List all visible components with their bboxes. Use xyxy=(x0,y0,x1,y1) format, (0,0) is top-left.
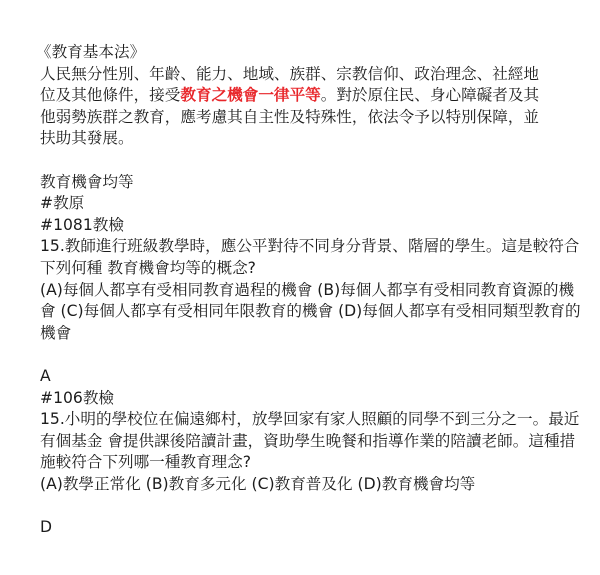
question-2-options: (A)教學正常化 (B)教育多元化 (C)教育普及化 (D)教育機會均等 xyxy=(40,474,580,496)
law-line-2: 位及其他條件，接受教育之機會一律平等。對於原住民、身心障礙者及其 xyxy=(40,85,580,107)
subject-tag: #教原 xyxy=(40,193,580,215)
question-1-options-line-2: 會 (C)每個人都享有受相同年限教育的機會 (D)每個人都享有受相同類型教育的 xyxy=(40,301,580,323)
question-1-line-1: 15.教師進行班級教學時，應公平對待不同身分背景、階層的學生。這是較符合 xyxy=(40,236,580,258)
question-2-line-2: 有個基金 會提供課後陪讀計畫，資助學生晚餐和指導作業的陪讀老師。這種措 xyxy=(40,431,580,453)
spacer xyxy=(40,150,580,172)
question-2-line-3: 施較符合下列哪一種教育理念? xyxy=(40,452,580,474)
question-1-answer: A xyxy=(40,366,580,388)
law-line-3: 他弱勢族群之教育，應考慮其自主性及特殊性，依法令予以特別保障，並 xyxy=(40,107,580,129)
law-line-3-text: 他弱勢族群之教育，應考慮其自主性及特殊性，依法令予以特別保障，並 xyxy=(40,108,539,126)
topic-heading: 教育機會均等 xyxy=(40,172,580,194)
exam-tag-1: #1081教檢 xyxy=(40,215,580,237)
law-line-4-text: 扶助其發展。 xyxy=(40,129,134,147)
exam-tag-2: #106教檢 xyxy=(40,388,580,410)
question-1-line-2: 下列何種 教育機會均等的概念? xyxy=(40,258,580,280)
document-body: 《教育基本法》 人民無分性別、年齡、能力、地域、族群、宗教信仰、政治理念、社經地… xyxy=(40,42,580,539)
law-line-2-after: 。對於原住民、身心障礙者及其 xyxy=(321,86,539,104)
law-line-4: 扶助其發展。 xyxy=(40,128,580,150)
spacer xyxy=(40,495,580,517)
law-line-1-text: 人民無分性別、年齡、能力、地域、族群、宗教信仰、政治理念、社經地 xyxy=(40,65,539,83)
law-title: 《教育基本法》 xyxy=(36,42,580,64)
question-2-answer: D xyxy=(40,517,580,539)
question-1-options-line-1: (A)每個人都享有受相同教育過程的機會 (B)每個人都享有受相同教育資源的機 xyxy=(40,280,580,302)
highlighted-phrase: 教育之機會一律平等 xyxy=(180,86,320,104)
question-2-line-1: 15.小明的學校位在偏遠鄉村，放學回家有家人照顧的同學不到三分之一。最近 xyxy=(40,409,580,431)
spacer xyxy=(40,344,580,366)
law-line-2-before: 位及其他條件，接受 xyxy=(40,86,180,104)
law-line-1: 人民無分性別、年齡、能力、地域、族群、宗教信仰、政治理念、社經地 xyxy=(40,64,580,86)
question-1-options-line-3: 機會 xyxy=(40,323,580,345)
